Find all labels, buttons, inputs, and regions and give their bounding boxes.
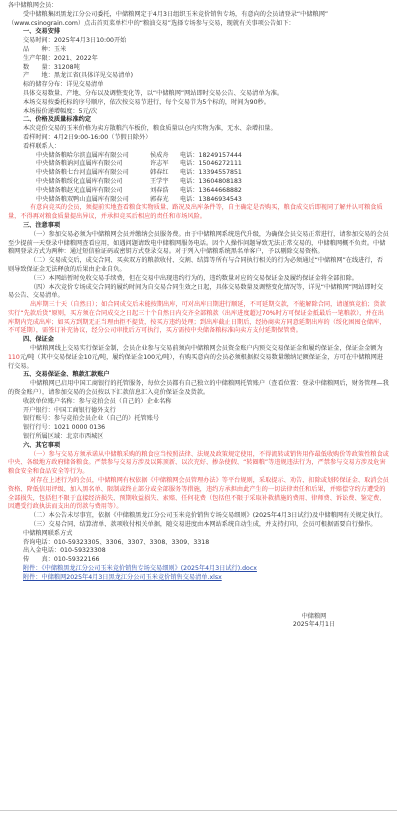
contact-company: 中央储备粮七台河直属库有限公司 — [36, 169, 150, 178]
trade-order: 本场交易按委托标的序号顺序，依次按交易节进行，每个交易节为5个标的，时间为90秒… — [8, 99, 389, 108]
inspection-contacts-label: 看样联系人： — [8, 143, 389, 152]
deposit-text-after: 元/吨（其中交易保证金10元/吨，履约保证金100元/吨），有购买意向的会员必须… — [8, 354, 383, 370]
variety: 品 种：玉米 — [8, 46, 389, 55]
contact-phone: 电话：13604808183 — [180, 178, 242, 187]
contact-phone: 电话：15046272111 — [180, 160, 242, 169]
intro-line-2: （www.csinograin.com）点击首页菜单栏中的“粮油交易”选择专场参… — [8, 20, 389, 29]
notice-item-4: （四）本次竞价专场成交合同的履约时间为自交易合同生效之日起，具体交易数量及调整变… — [8, 284, 389, 302]
contact-name: 王学宇 — [150, 178, 180, 187]
trade-time: 交易时间：2025年4月3日10:00开始 — [8, 37, 389, 46]
bottom-divider — [0, 810, 397, 811]
delivery-warning: 出库期三十天（自然日）；如合同成交后未能按期出库，可对出库日期进行顺延，不可延期… — [8, 301, 389, 336]
contact-name: 许志军 — [150, 160, 180, 169]
contact-phone: 电话：13846934543 — [180, 196, 242, 205]
signature-date: 2025年4月1日 — [274, 621, 354, 630]
greeting: 各中储粮网会员： — [8, 2, 389, 11]
contact-name: 刘春浩 — [150, 187, 180, 196]
contact-company: 中央储备粮赵光直属库有限公司 — [36, 187, 150, 196]
section5-title: 五、交易保证金、粮款汇款账户 — [8, 371, 389, 380]
signature-block: 中储粮网 2025年4月1日 — [8, 613, 389, 631]
contact-name: 郭春光 — [150, 196, 180, 205]
custody-text: 中储粮网已启用中国工商银行的托管服务，每位会员都有自己独立的中储粮网托管账户（查… — [8, 380, 389, 398]
trade-note: 具体交易数量、产地、分布以及调整变化等，以“中储粮网”网站即时交易公告、交易清单… — [8, 90, 389, 99]
contact-name: 韩春红 — [150, 169, 180, 178]
account-name: 收款单位账户名称：参与竞拍会员（自己的）企业名称 — [8, 398, 389, 407]
contact-row: 中央储备粮赵光直属库有限公司刘春浩电话：13644668882 — [8, 187, 389, 196]
fax: 传 真：010-59322166 — [8, 556, 389, 565]
account-number: 银行账号：参与竞拍会员企业（自己的）托管账号 — [8, 415, 389, 424]
origin: 产 地：黑龙江省(具体详见交易清单) — [8, 72, 389, 81]
intro-line-1: 受中储粮集团黑龙江分公司委托，中储粮网定于4月3日组织玉米竞价销售专场，有意向的… — [8, 11, 389, 20]
contact-company: 中央储备粮讷河直属库有限公司 — [36, 160, 150, 169]
compliance-warning-1: （一）参与交易方须承诺从中储粮采购的粮食应当按照法律、法规及政策规定使用，不得流… — [8, 451, 389, 477]
attachment-rules-docx-link[interactable]: 附件：《中储粮黑龙江分公司玉米竞价销售专场交易细则》(2025年4月3日试行).… — [23, 565, 257, 572]
contact-company: 中央储备粮双鸭山直属库有限公司 — [36, 196, 150, 205]
section1-title: 一、交易安排 — [8, 28, 389, 37]
contact-row: 中央储备粮绥化直属库有限公司王学宇电话：13604808183 — [8, 178, 389, 187]
contact-row: 中央储备粮讷河直属库有限公司许志军电话：15046272111 — [8, 160, 389, 169]
section6-title: 六、其它事项 — [8, 442, 389, 451]
deposit-text-before: 中储粮网线上交易实行保证金制，会员企业参与交易前须向中储粮网会员资金账户内预交交… — [30, 345, 383, 352]
production-year: 生产年限：2021、2022年 — [8, 55, 389, 64]
deposit-amount: 110 — [8, 354, 20, 361]
other-item-2: （二）本公告未尽事宜，依据《中储粮黑龙江分公司玉米竞价销售专场交易细则》(202… — [8, 512, 389, 521]
notice-item-1: （一）参加交易必须为中储粮网会员并缴纳会员服务费。由于中储粮网系统迭代升级，为确… — [8, 231, 389, 257]
notice-item-2: （二）交易成交后，成交合同、买卖双方的粮款收付、交割、结算等所有与合同执行相关的… — [8, 257, 389, 275]
notice-item-3: （三）本网站暂时免收交易手续费，但在交易中出现违约行为的，违约数量对应的交易保证… — [8, 275, 389, 284]
inspection-time: 看样时间：4月2日9:00-16:00（节假日除外） — [8, 134, 389, 143]
other-item-3: （三）交易合同、结算清单、款项收付相关单据，随交易进度由本网站系统自动生成，并支… — [8, 521, 389, 530]
contact-phone: 电话：13644668882 — [180, 187, 242, 196]
contact-title: 中储粮网联系方式 — [8, 530, 389, 539]
section2-title: 二、价格及质量标准约定 — [8, 116, 389, 125]
contact-row: 中央储备粮双鸭山直属库有限公司郭春光电话：13846934543 — [8, 196, 389, 205]
announcement-document: 各中储粮网会员： 受中储粮集团黑龙江分公司委托，中储粮网定于4月3日组织玉米竞价… — [0, 0, 397, 630]
contact-phone: 电话：13394557851 — [180, 169, 242, 178]
compliance-warning-2: 对存在上述行为的会员，中储粮网有权依据《中储粮网会员管理办法》等平台规则，采取提… — [8, 477, 389, 512]
bank-region: 银行所属区域：北京市西城区 — [8, 433, 389, 442]
deposit-text: 中储粮网线上交易实行保证金制，会员企业参与交易前须向中储粮网会员资金账户内预交交… — [8, 345, 389, 371]
section3-title: 三、注意事项 — [8, 222, 389, 231]
contact-company: 中央储备粮绥化直属库有限公司 — [36, 178, 150, 187]
attachment-trade-list-xlsx-link[interactable]: 附件：中储粮网2025年4月3日黑龙江分公司玉米竞价销售交易清单.xlsx — [23, 574, 222, 581]
funds-phone: 出入金电话：010-59323308 — [8, 547, 389, 556]
price-basis: 本次竞价交易的玉米价格为卖方散粮汽车板价，粮食质量以仓内实物为准，无水、杂增扣量… — [8, 125, 389, 134]
contact-row: 中央储备粮七台河直属库有限公司韩春红电话：13394557851 — [8, 169, 389, 178]
section4-title: 四、保证金 — [8, 336, 389, 345]
storage-distribution: 标的储存分布：详见交易清单 — [8, 81, 389, 90]
quality-warning: 有意向竞买的会员，须提前实地查看粮食实物质量、路况及出库条件等，自主确定是否购买… — [8, 204, 389, 222]
bank-code: 银行行号：1021 0000 0136 — [8, 424, 389, 433]
